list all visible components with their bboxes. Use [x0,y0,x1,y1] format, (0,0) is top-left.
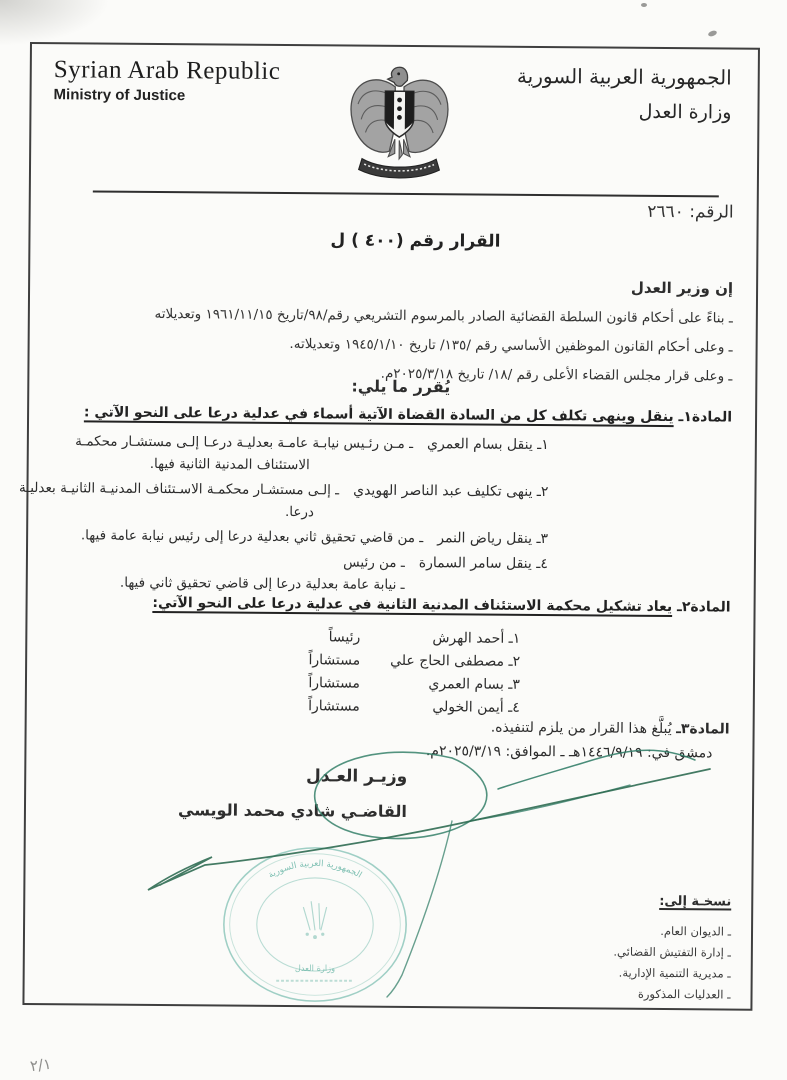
country-name-en: Syrian Arab Republic [54,56,281,86]
detail-line: ـ من رئيس [46,549,405,574]
detail-line: درعا. [46,499,314,523]
detail-line: الاستئناف المدنية الثانية فيها. [47,452,413,477]
member-name: ١ـ أحمد الهرش [360,627,520,651]
preamble-opening: إن وزير العدل [631,279,733,298]
handwritten-signature [100,725,760,1005]
reference-number: الرقم: ٢٦٦٠ [647,202,734,223]
transfer-detail: ـ مـن رئـيس نيابـة عامـة بعدليـة درعـا إ… [47,430,414,477]
article-1-heading-text: ينقل وينهى تكلف كل من السادة القضاة الآت… [84,404,674,425]
court-member-row: ٤ـ أيمن الخولي مستشاراً [45,693,735,721]
header-arabic: الجمهورية العربية السورية وزارة العدل [517,64,732,124]
scan-speck [707,30,717,38]
judge-name: ٤ـ ينقل سامر السمارة [419,552,548,597]
detail-line: ـ نيابة عامة بعدلية درعا إلى قاضي تحقيق … [46,571,405,596]
scan-edge-shadow [0,0,110,46]
ministry-name-ar: وزارة العدل [517,100,732,124]
detail-line: ـ من قاضي تحقيق ثاني بعدلية درعا إلى رئي… [46,524,423,549]
transfer-detail: ـ من قاضي تحقيق ثاني بعدلية درعا إلى رئي… [46,524,423,549]
article-1-items: ١ـ ينقل بسام العمري ـ مـن رئـيس نيابـة ع… [46,430,737,601]
page-number: ٢/١ [29,1055,52,1075]
resolution-clause: يُقرر ما يلي: [351,377,450,397]
article-2-heading-text: يعاد تشكيل محكمة الاستئناف المدنية الثان… [152,595,672,615]
scanned-decree-document: { "header": { "english_title": "Syrian A… [0,0,787,1080]
member-name: ٣ـ بسام العمري [360,673,520,697]
transfer-detail: ـ إلـى مستشـار محكمـة الاسـتئناف المدنيـ… [46,477,339,523]
article-2-label: المادة٢ـ [677,599,731,615]
article-1-label: المادة١ـ [679,409,733,425]
country-name-ar: الجمهورية العربية السورية [517,64,732,90]
article-1-heading: المادة١ـ ينقل وينهى تكلف كل من السادة ال… [84,404,732,425]
member-role: مستشاراً [308,649,360,672]
detail-line: ـ مـن رئـيس نيابـة عامـة بعدليـة درعـا إ… [47,430,413,455]
scan-speck [641,3,647,7]
judge-name: ١ـ ينقل بسام العمري [427,433,549,478]
member-role: مستشاراً [308,672,360,695]
transfer-item: ٢ـ ينهى تكليف عبد الناصر الهويدي ـ إلـى … [46,477,736,526]
syrian-eagle-emblem-icon [339,62,460,183]
recital-line: ـ وعلى أحكام القانون الموظفين الأساسي رق… [154,329,733,363]
transfer-item: ١ـ ينقل بسام العمري ـ مـن رئـيس نيابـة ع… [47,430,737,479]
member-name: ٢ـ مصطفى الحاج علي [360,650,520,674]
transfer-item: ٣ـ ينقل رياض النمر ـ من قاضي تحقيق ثاني … [46,524,736,551]
detail-line: ـ إلـى مستشـار محكمـة الاسـتئناف المدنيـ… [46,477,339,501]
judge-name: ٣ـ ينقل رياض النمر [437,527,548,550]
decision-title: القرار رقم (٤٠٠ ) ل [330,230,500,251]
article-2-heading: المادة٢ـ يعاد تشكيل محكمة الاستئناف المد… [152,595,730,616]
member-role: رئيساً [329,626,361,649]
ministry-name-en: Ministry of Justice [54,86,281,105]
member-name: ٤ـ أيمن الخولي [360,696,520,720]
recital-line: ـ بناءً على أحكام قانون السلطة القضائية … [154,300,733,334]
header-divider-line [93,190,719,197]
article-2-members: ١ـ أحمد الهرش رئيساً ٢ـ مصطفى الحاج علي … [45,624,736,721]
transfer-detail: ـ من رئيس ـ نيابة عامة بعدلية درعا إلى ق… [46,549,405,596]
transfer-item: ٤ـ ينقل سامر السمارة ـ من رئيس ـ نيابة ع… [46,549,736,598]
judge-name: ٢ـ ينهى تكليف عبد الناصر الهويدي [353,480,549,526]
header-english: Syrian Arab Republic Ministry of Justice [54,56,281,105]
member-role: مستشاراً [308,695,360,718]
